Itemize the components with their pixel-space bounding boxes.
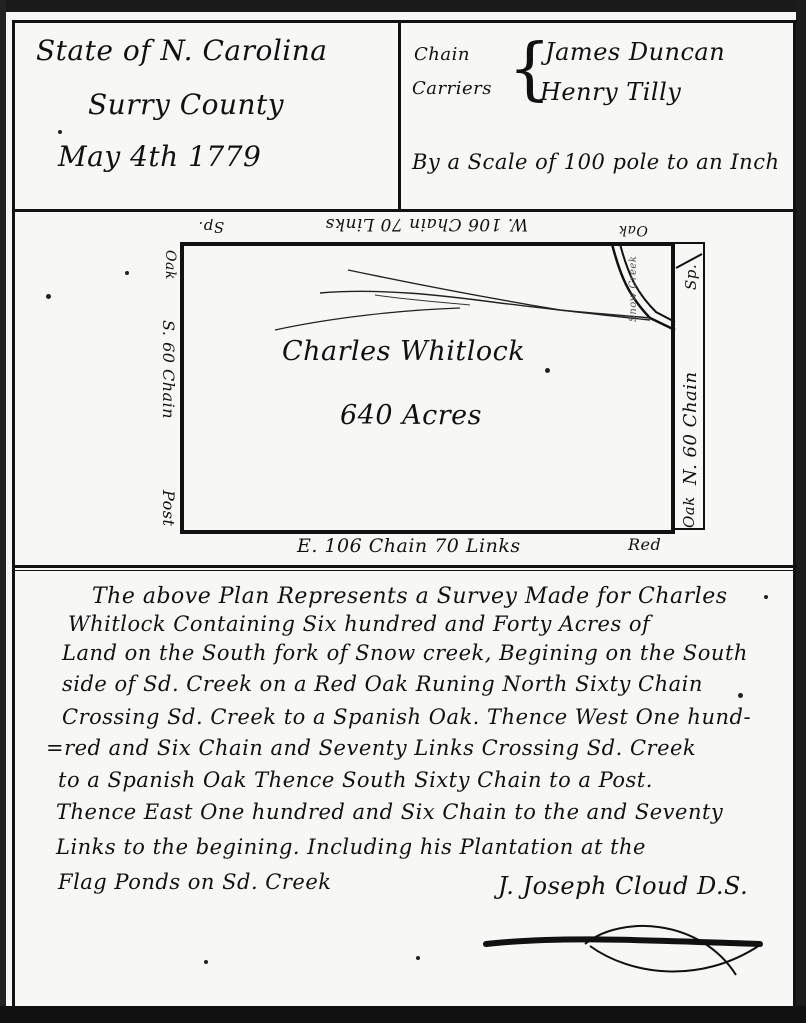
scan-speck xyxy=(416,956,420,960)
scan-speck xyxy=(46,294,51,299)
scan-speck xyxy=(125,271,129,275)
scan-speck xyxy=(738,693,743,698)
scan-speck xyxy=(58,130,62,134)
signature-flourish-icon xyxy=(0,0,806,1023)
scan-speck xyxy=(764,595,768,599)
survey-document-page: State of N. Carolina Surry County May 4t… xyxy=(0,0,806,1023)
scan-speck xyxy=(204,960,208,964)
scan-speck xyxy=(545,368,550,373)
